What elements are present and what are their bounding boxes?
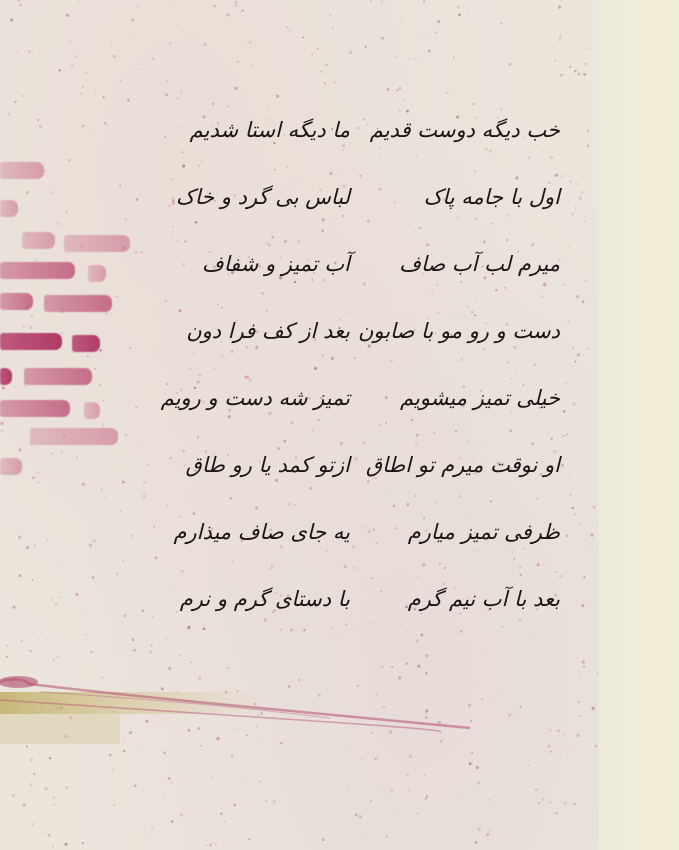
hemistich-second: ما دیگه استا شدیم <box>170 118 350 142</box>
hemistich-first: اول با جامه پاک <box>380 185 560 209</box>
paper-page: خب دیگه دوست قدیم ما دیگه استا شدیم اول … <box>0 0 598 850</box>
hemistich-second: بعد از کف فرا دون <box>170 319 350 343</box>
brush-stroke <box>0 293 33 310</box>
couplet: ظرفی تمیز میارم یه جای صاف میذارم <box>170 520 560 587</box>
hemistich-second: تمیز شه دست و رویم <box>170 386 350 410</box>
brush-stroke <box>22 232 55 249</box>
brush-stroke <box>0 262 75 279</box>
hemistich-first: خب دیگه دوست قدیم <box>380 118 560 142</box>
brush-stroke <box>0 400 70 417</box>
brush-stroke <box>0 333 62 350</box>
brush-stroke <box>0 200 18 217</box>
brush-stroke <box>0 162 44 179</box>
couplet: او نوقت میرم تو اطاق ازتو کمد یا رو طاق <box>170 453 560 520</box>
brush-stroke <box>24 368 92 385</box>
hemistich-second: با دستای گرم و نرم <box>170 587 350 611</box>
brush-stroke <box>0 458 22 475</box>
couplet: خیلی تمیز میشویم تمیز شه دست و رویم <box>170 386 560 453</box>
couplet: دست و رو مو با صابون بعد از کف فرا دون <box>170 319 560 386</box>
brush-stroke <box>44 295 112 312</box>
couplet: خب دیگه دوست قدیم ما دیگه استا شدیم <box>170 118 560 185</box>
page-margin <box>598 0 679 850</box>
brush-stroke <box>64 235 130 252</box>
hemistich-second: یه جای صاف میذارم <box>170 520 350 544</box>
couplet: بعد با آب نیم گرم با دستای گرم و نرم <box>170 587 560 654</box>
hemistich-first: بعد با آب نیم گرم <box>380 587 560 611</box>
poem: خب دیگه دوست قدیم ما دیگه استا شدیم اول … <box>170 118 560 654</box>
hemistich-second: لباس بی گرد و خاک <box>170 185 350 209</box>
brush-stroke <box>72 335 100 352</box>
couplet: میرم لب آب صاف آب تمیز و شفاف <box>170 252 560 319</box>
hemistich-first: میرم لب آب صاف <box>380 252 560 276</box>
brush-stroke <box>84 402 100 419</box>
watercolor-wash <box>0 640 480 750</box>
brush-stroke <box>88 265 106 282</box>
couplet: اول با جامه پاک لباس بی گرد و خاک <box>170 185 560 252</box>
hemistich-second: آب تمیز و شفاف <box>170 252 350 276</box>
hemistich-first: خیلی تمیز میشویم <box>380 386 560 410</box>
brush-stroke <box>30 428 118 445</box>
brush-stroke <box>0 368 12 385</box>
hemistich-first: او نوقت میرم تو اطاق <box>380 453 560 477</box>
hemistich-first: دست و رو مو با صابون <box>380 319 560 343</box>
hemistich-second: ازتو کمد یا رو طاق <box>170 453 350 477</box>
hemistich-first: ظرفی تمیز میارم <box>380 520 560 544</box>
